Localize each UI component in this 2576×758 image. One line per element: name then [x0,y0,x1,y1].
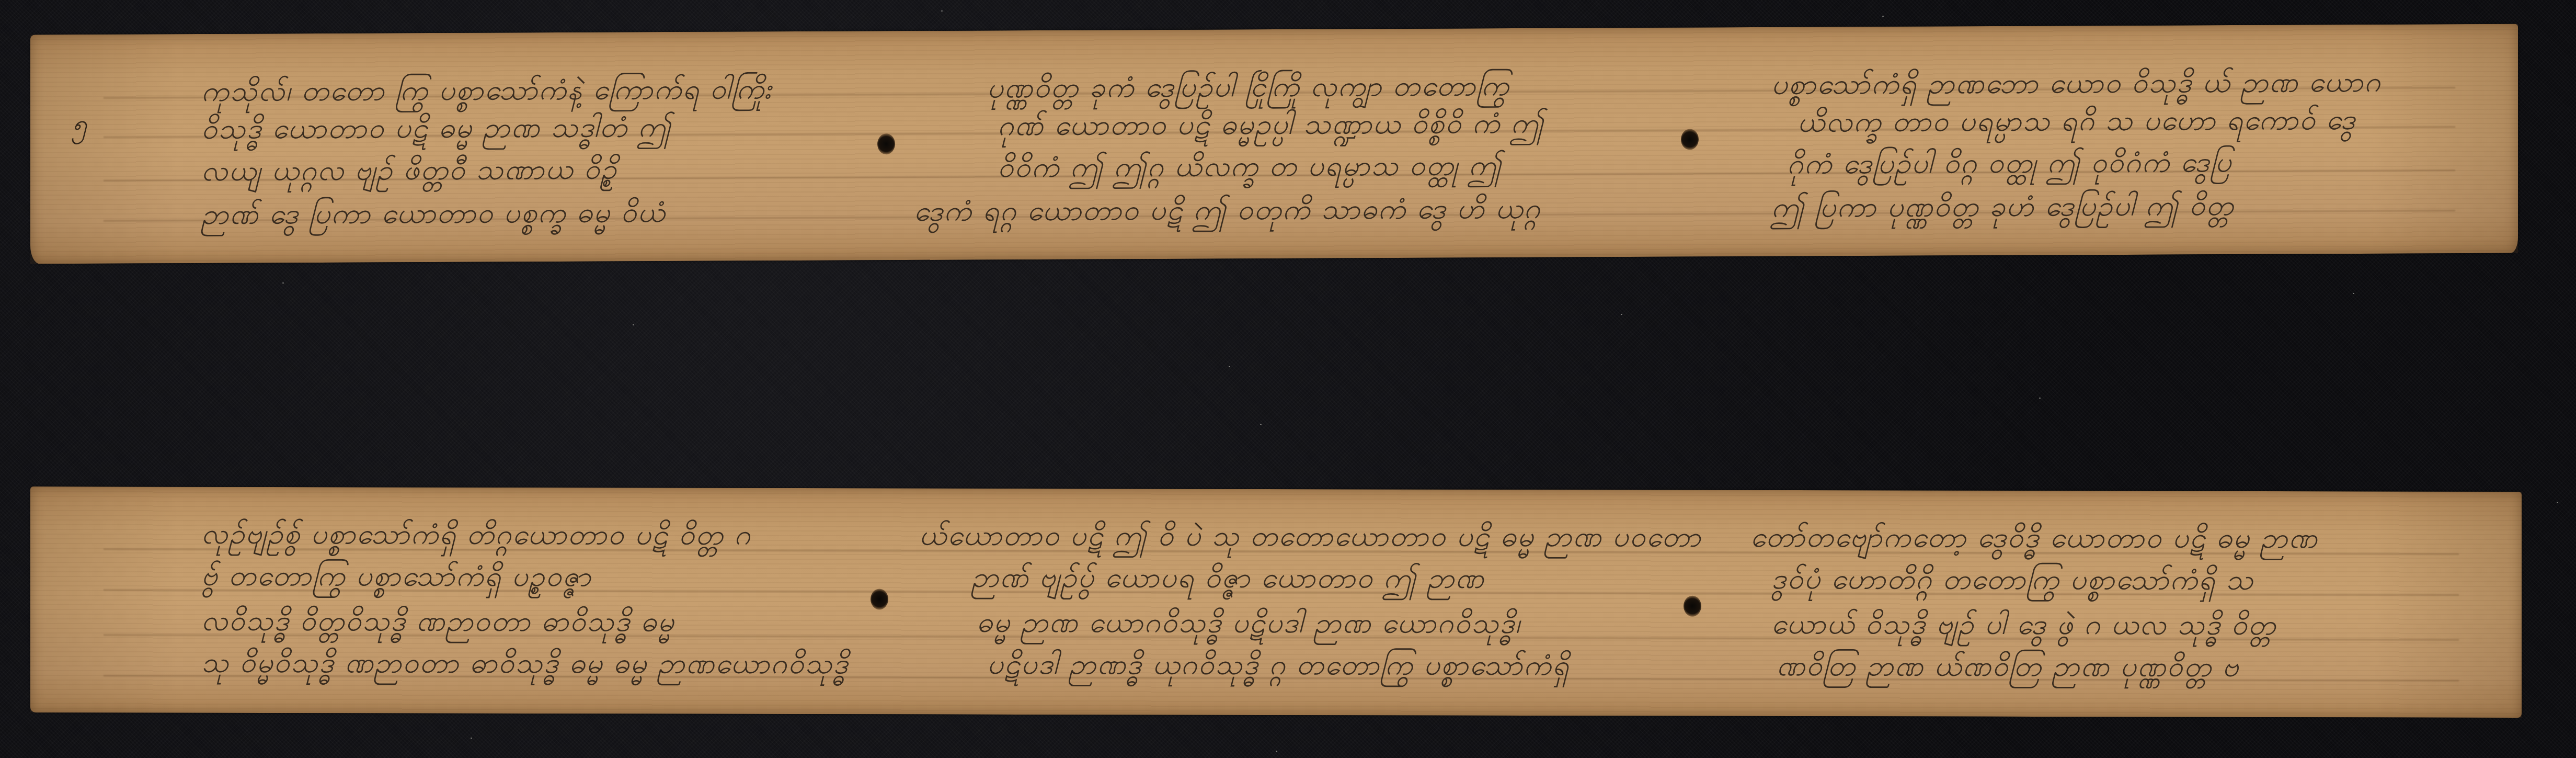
string-hole [877,133,895,154]
text-line-3-right: ဂိုကံ ဒွေပြဉ်ပါ ဝိဂ္ဂ ဝတ္ထု ဤ ဝုဝိဂံကံ ဒ… [1787,146,2232,180]
text-line-3-middle: ဓမ္မ ဉာဏ ယောဂဝိသုဒ္ဓိ ပဋိပဒါ ဉာဏ ယောဂဝိသ… [977,607,1521,639]
text-line-2-left: ဝိသုဒ္ဓိ ယောတာဝ ပဋိ ဓမ္မ ဉာဏ သဒ္ဓါတံ ဤ [201,111,672,145]
text-line-4-left: ဉာဏ် ဒွေ ပြကာ ယောတာဝ ပစ္စက္ခ ဓမ္မ ဝိယံ [201,197,666,230]
text-line-4-left: သု ဝိမ္မဝိသုဒ္ဓိ ဏဉာဝတာ ဓာဝိသုဒ္ဓိ ဓမ္မ … [201,647,849,680]
text-line-1-left: လုဉ်ဗျဉ်စွ် ပစ္စာသော်ကံရှိ တိဂ္ဂယောတာဝ ပ… [201,518,751,551]
fiber-speck [941,10,943,12]
text-line-4-middle: ဒွေကံ ရဂ္ဂ ယောတာဝ ပဋိ ဤ ဝတုကိ သာဓကံ ဒွေ … [914,193,1541,227]
text-line-3-middle: ဝိဝိကံ ဤ ဤဂ္ဂ ယိလက္ခ တ ပရမ္ပာသ ဝတ္ထု ဤ [998,150,1502,183]
fiber-speck [1276,751,1277,752]
text-line-2-left: ဗွ် တတောကြွ ပစ္စာသော်ကံရှိ ပဉ္စဝဇ္ဇာ [201,560,592,593]
fiber-speck [1229,366,1230,367]
fiber-speck [1621,314,1622,315]
text-line-4-right: ဏဝိတြ ဉာဏ ယ်ဏဝိတြ ဉာဏ ပုဏ္ဏဝိတ္တ ဗ [1777,650,2239,683]
text-line-4-middle: ပဋိပဒါ ဉာဏဒ္ဓိ ယုဂဝိသုဒ္ဓိ ဂ္ဂ တတောကြွ ပ… [987,649,1570,681]
text-line-3-left: လယျ ယုဂ္ဂလ ဗျဉ် ဖိတ္တဝီ သဏာယ ဝိဥ္စိ [201,153,617,186]
text-line-1-left: ကုသိုလ်၊ တတော ကြွ ပစ္စာသော်ကံနဲ့ ကြောက်ရ… [201,73,772,107]
fiber-speck [633,324,634,325]
palm-leaf-bottom: လုဉ်ဗျဉ်စွ် ပစ္စာသော်ကံရှိ တိဂ္ဂယောတာဝ ပ… [30,487,2522,718]
text-line-4-right: ဤ ပြကာ ပုဏ္ဏဝိတ္တ ခုဟံ ဒွေပြဉ်ပါ ဤ ဝိတ္တ [1771,190,2235,223]
palm-leaf-top: ၅ ကုသိုလ်၊ တတော ကြွ ပစ္စာသော်ကံနဲ့ ကြောက… [30,24,2518,264]
text-line-1-right: ပစ္စာသော်ကံရှိ ဉာဏဘော ယောဝ ဝိသုဒ္ဓိ ယ် ဉ… [1771,66,2382,100]
string-hole [871,589,888,609]
fiber-speck [1260,424,1262,425]
text-line-2-right: ယိလက္ခ တာဝ ပရမ္ပာသ ရဂိ သ ပဟော ရကောဝ် ဒွေ [1798,104,2356,138]
folio-mark: ၅ [72,108,87,146]
text-line-3-right: ယောယ် ဝိသုဒ္ဓိ ဗျဉ် ပါ ဒွေ ဖွဲ ဂ ယလ သုဒ္… [1771,608,2276,641]
text-line-1-middle: ပုဏ္ဏဝိတ္တ ခုကံ ဒွေပြဉ်ပါ ငြိုကြို လုကျွ… [987,70,1510,104]
text-line-1-middle: ယ်ယောတာဝ ပဋိ ဤ ဝိ ပဲ သု တတောယောတာဝ ပဋိ ဓ… [919,520,1702,553]
text-line-1-right: တော်တဗျော်ကတော့ ဒွေဝိဒ္ဓိ ယောတာဝ ပဋိ ဓမ္… [1750,522,2318,554]
fiber-speck [2557,502,2558,503]
text-line-3-left: လဝိသုဒ္ဓိ ဝိတ္တဝိသုဒ္ဓိ ဏဉာဝတာ ဓာဝိသုဒ္ဓ… [201,605,675,638]
fiber-speck [471,738,472,739]
string-hole [1684,596,1701,617]
text-line-2-right: ဒွဝ်ပုံ ဟောတိဂ္ဂိ တတောကြွ ပစ္စာသော်ကံရှိ… [1771,563,2254,596]
fiber-speck [1882,16,1884,17]
fiber-speck [282,282,284,284]
fiber-speck [2353,293,2354,294]
text-line-2-middle: ဂုဏ် ယောတာဝ ပဋိ ဓမ္မဥပ္ပါ သဏ္ဍာယ ဝိစ္စိဝ… [998,108,1544,142]
fiber-speck [2039,398,2041,399]
text-line-2-middle: ဉာဏ် ဗျဉ်ပွ် ယောပရ ဝိဇ္ဇာ ယောတာဝ ဤ ဉာဏ [971,562,1485,594]
string-hole [1681,129,1699,150]
